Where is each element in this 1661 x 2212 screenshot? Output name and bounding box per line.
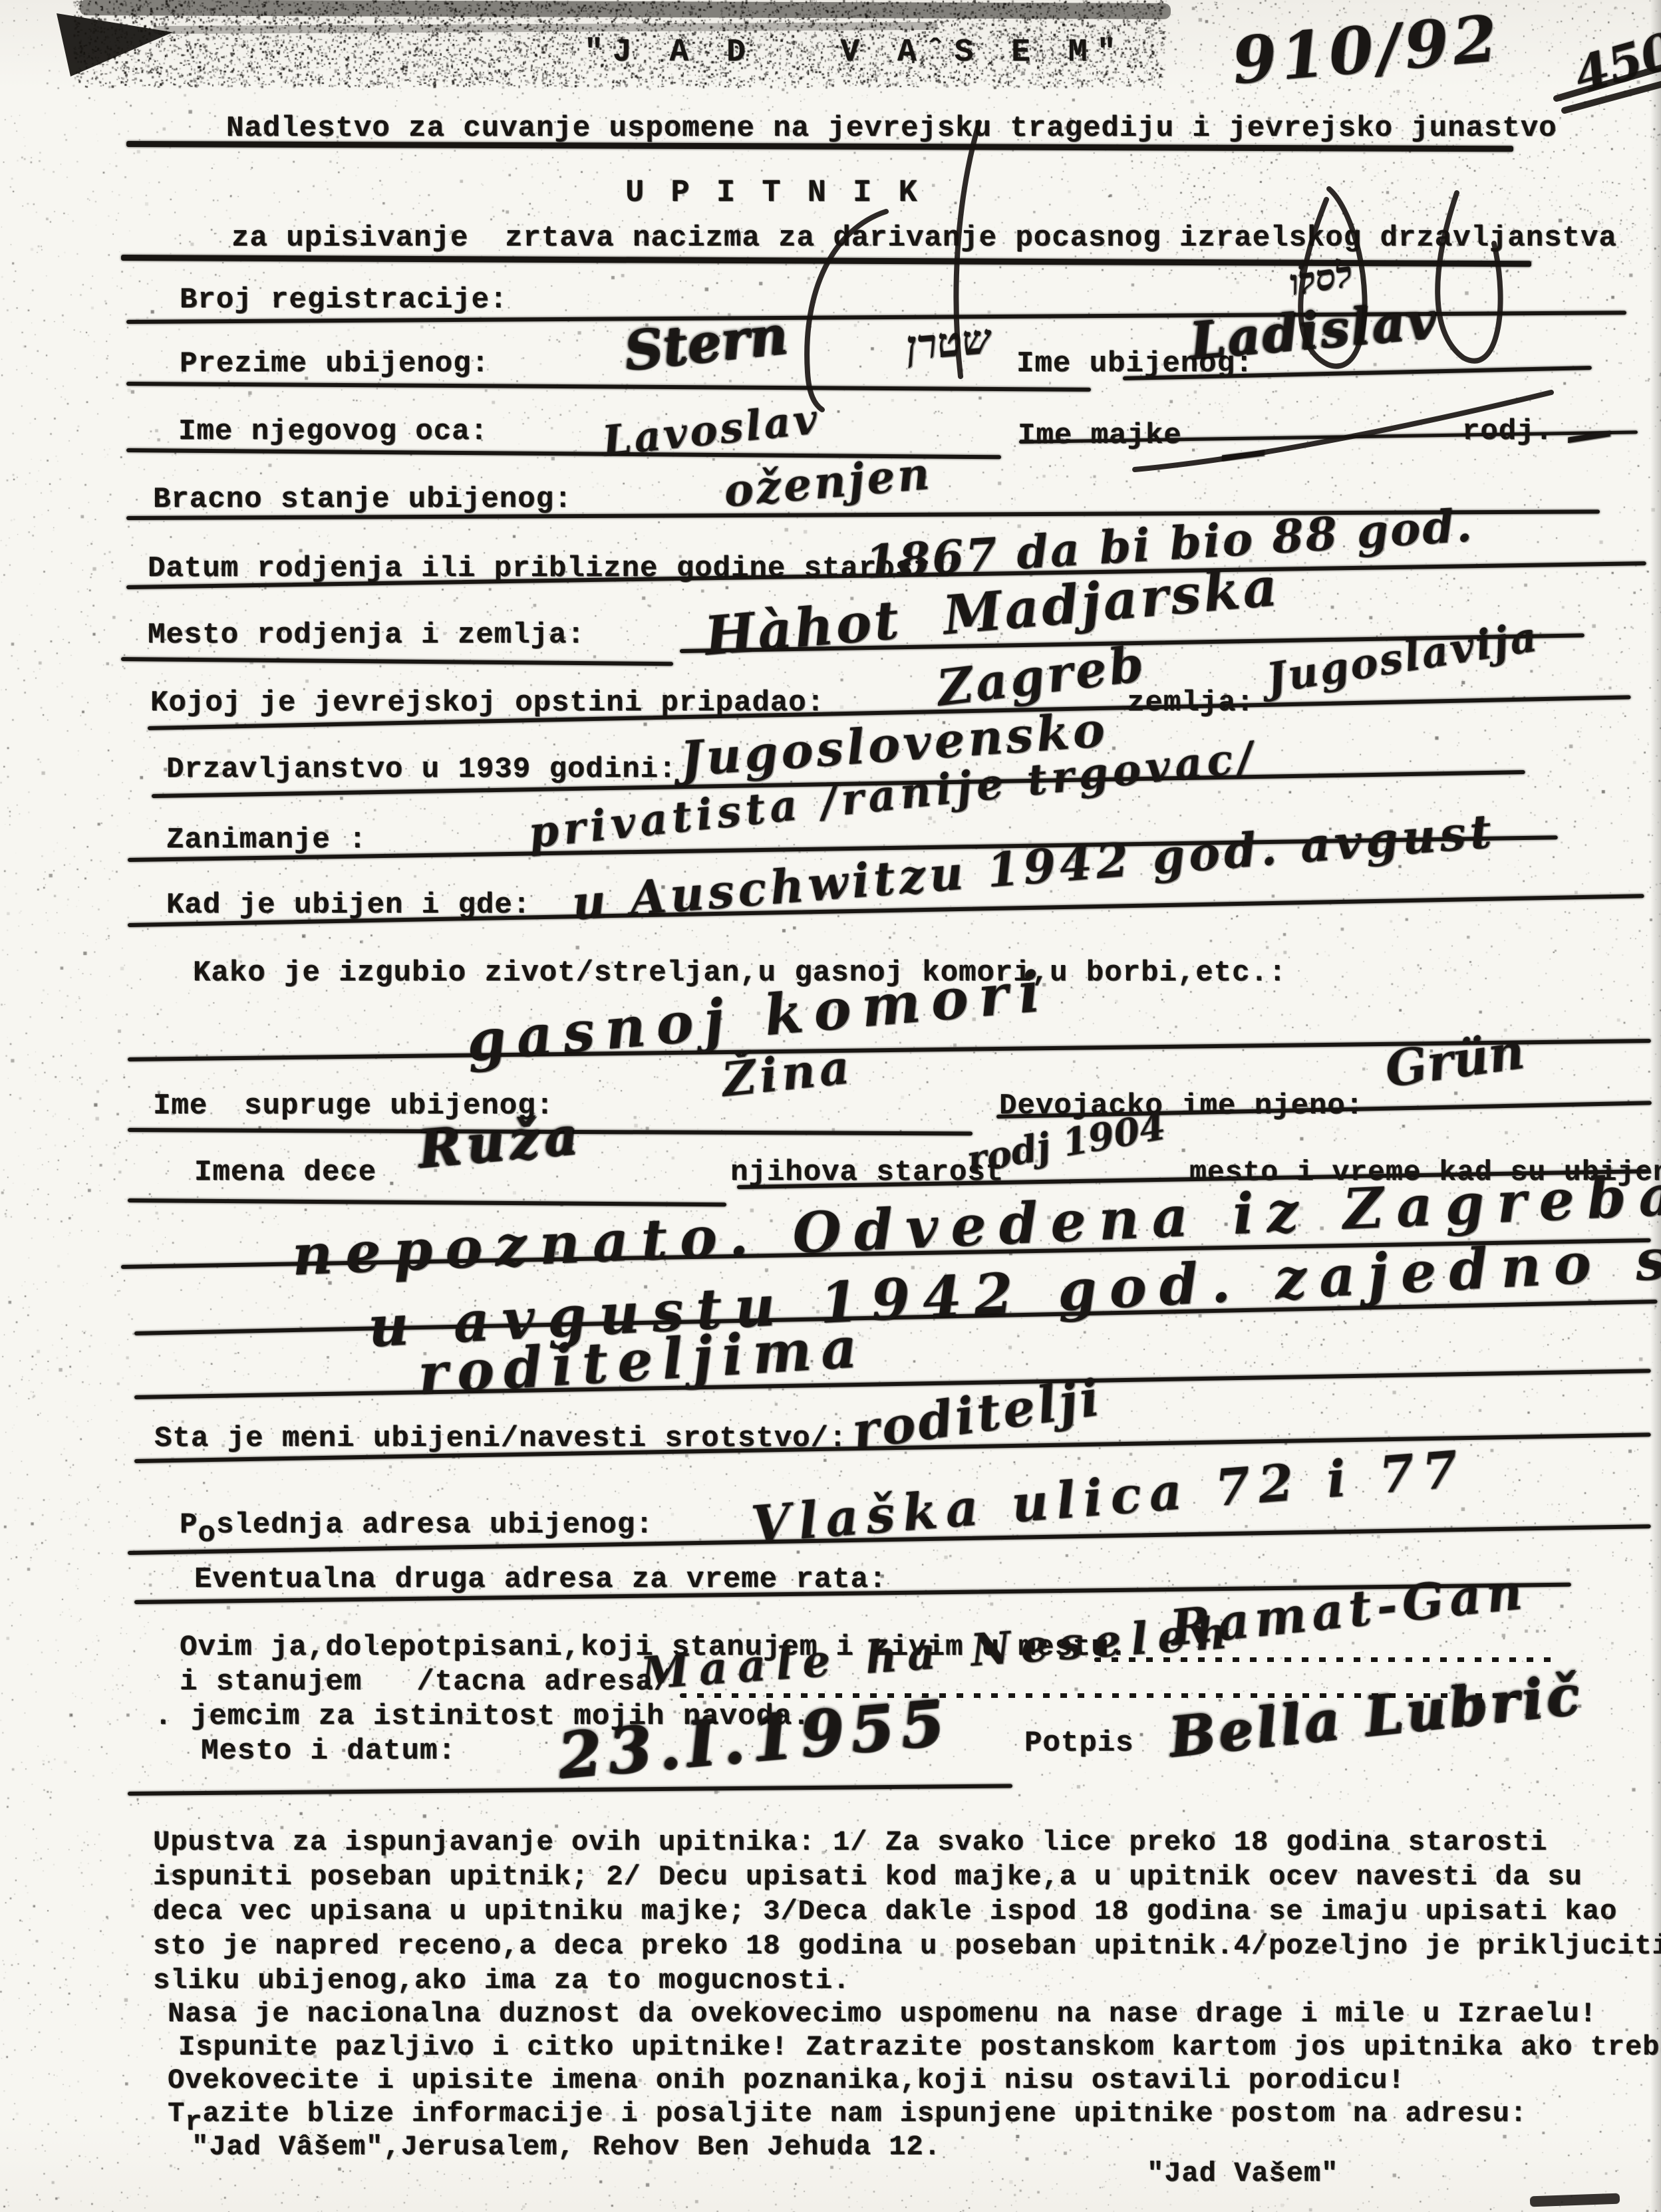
field-value-ime: Ladislav (1187, 290, 1440, 370)
field-label-mesto-rodjenja: Mesto rodjenja i zemlja: (148, 619, 585, 652)
rule-line (121, 657, 673, 666)
declaration-adresa-value: Maale ha Neseleh (639, 1606, 1239, 1700)
rule-line (126, 382, 1091, 392)
declaration-line2: i stanujem /tacna adresa/ (180, 1665, 672, 1699)
scan-top-band-2 (153, 22, 938, 34)
instructions-line: ispuniti poseban upitnik; 2/ Decu upisat… (153, 1861, 1583, 1893)
scan-right-edge (1650, 0, 1661, 2212)
instructions-line: Upustva za ispunjavanje ovih upitnika: 1… (153, 1826, 1547, 1858)
prezime-hebrew-annotation: שטרן (904, 315, 993, 371)
label-part: T (168, 2098, 185, 2130)
signature: Bella Lubrič (1166, 1663, 1586, 1770)
rule-line (128, 1198, 726, 1206)
field-label-prezime: Prezime ubijenog: (180, 347, 490, 380)
pen-stroke-loop (1437, 193, 1500, 361)
field-label-potpis: Potpis (1024, 1727, 1133, 1760)
field-label-devojacko: Devojacko ime njeno: (999, 1089, 1364, 1123)
crossed-number-handwritten: 450 (1568, 21, 1661, 104)
field-label-adresa: Poslednja adresa ubijenog: (180, 1508, 654, 1542)
field-label-drzavljanstvo: Drzavljanstvo u 1939 godini: (166, 753, 677, 786)
field-label-kad-ubijen: Kad je ubijen i gde: (166, 889, 531, 922)
field-label-deca: Imena dece (194, 1156, 377, 1189)
field-label-majka: Ime majke (1018, 419, 1182, 452)
field-value-devojacko: Grün (1382, 1023, 1528, 1099)
field-label-mesto-datum: Mesto i datum: (201, 1734, 456, 1768)
org-line: Nadlestvo za cuvanje uspomene na jevrejs… (226, 112, 1557, 145)
footer-line: Ispunite pazljivo i citko upitnike! Zatr… (178, 2031, 1661, 2063)
field-label-otac: Ime njegovog oca: (178, 415, 488, 448)
ime-hebrew-annotation: לסלו (1286, 252, 1356, 304)
scan-corner-smudge (57, 13, 173, 76)
scanned-questionnaire-page: "J A D V AˆS E M" 910/92 450 Nadlestvo z… (0, 0, 1661, 2212)
footer-line: Trazite blize informacije i posaljite na… (168, 2098, 1527, 2130)
doc-title: "J A D V AˆS E M" (584, 35, 1125, 70)
field-value-prezime: Stern (621, 303, 790, 382)
rule-line (134, 1369, 1651, 1399)
field-label-druga-adresa: Eventualna druga adresa za vreme rata: (194, 1563, 887, 1596)
field-label-bracno: Bracno stanje ubijenog: (153, 483, 572, 516)
field-value-zemlja: Jugoslavija (1263, 612, 1542, 703)
label-part: azite blize informacije i posaljite nam … (202, 2098, 1527, 2130)
form-subtitle: za upisivanje zrtava nacizma za darivanj… (231, 221, 1617, 255)
form-title: U P I T N I K (625, 176, 921, 211)
footer-stamp: "Jad Vašem" (1147, 2157, 1338, 2189)
label-part: slednja adresa ubijenog: (216, 1508, 654, 1542)
instructions-line: sto je napred receno,a deca preko 18 god… (153, 1930, 1661, 1962)
field-label-datum: Datum rodjenja ili priblizne godine star… (148, 552, 950, 585)
field-value-bracno: oženjen (722, 447, 934, 517)
registry-number-handwritten: 910/92 (1229, 1, 1504, 99)
field-value-rodj-dash: — (1561, 401, 1616, 464)
field-label-starost: njihova starost (730, 1156, 1004, 1189)
field-label-rodj: rodj. (1462, 415, 1553, 448)
footer-line: Nasa je nacionalna duznost da ovekovecim… (168, 1998, 1597, 2030)
label-part: P (180, 1508, 198, 1542)
footer-address-line: "Jad Vâšem",Jerusalem, Rehov Ben Jehuda … (192, 2131, 941, 2163)
instructions-line: sliku ubijenog,ako ima za to mogucnosti. (153, 1965, 850, 1997)
field-label-broj: Broj registracije: (180, 283, 508, 317)
field-label-opstina: Kojoj je jevrejskoj opstini pripadao: (150, 686, 825, 720)
scan-top-band (80, 0, 1171, 19)
field-value-majka-dash: — (1215, 420, 1270, 482)
scan-bottom-mark (1530, 2193, 1620, 2207)
label-part-dropped: o (198, 1517, 216, 1550)
footer-line: Ovekovecite i upisite imena onih poznani… (168, 2064, 1406, 2096)
field-label-zanimanje: Zanimanje : (166, 823, 367, 857)
field-label-srodstvo: Sta je meni ubijeni/navesti srotstvo/: (154, 1422, 847, 1455)
instructions-line: deca vec upisana u upitniku majke; 3/Dec… (153, 1895, 1617, 1927)
